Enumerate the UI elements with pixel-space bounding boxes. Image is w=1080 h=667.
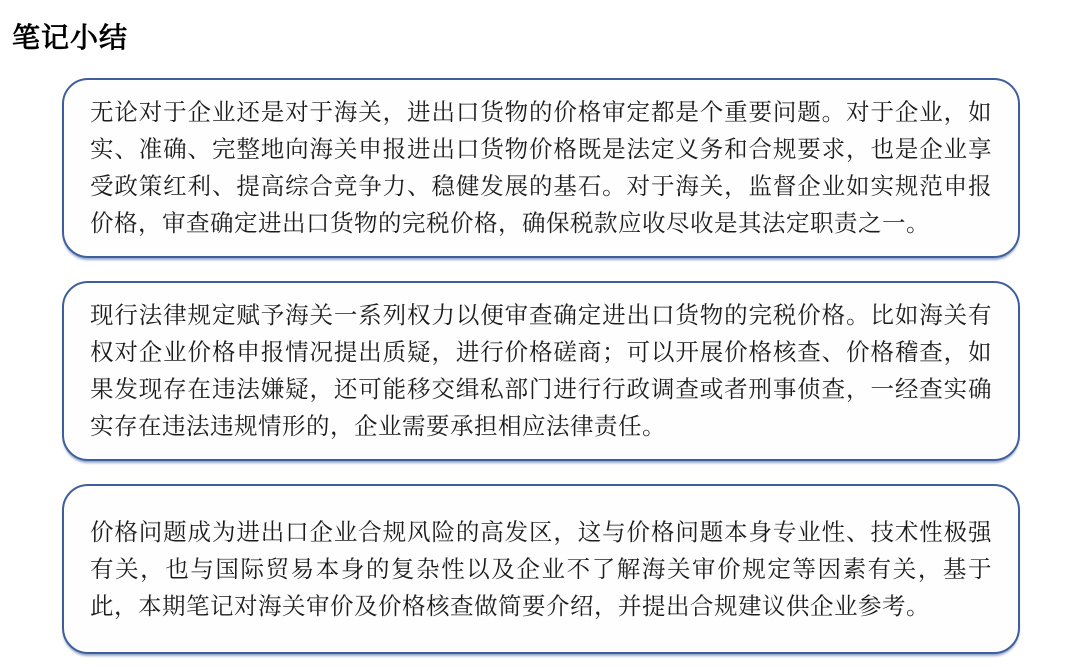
notes-summary-page: 笔记小结 无论对于企业还是对于海关，进出口货物的价格审定都是个重要问题。对于企业… (0, 0, 1080, 667)
summary-box-list: 无论对于企业还是对于海关，进出口货物的价格审定都是个重要问题。对于企业，如实、准… (62, 78, 1020, 654)
summary-box-3-text: 价格问题成为进出口企业合规风险的高发区，这与价格问题本身专业性、技术性极强有关，… (90, 514, 992, 625)
summary-box-2-text: 现行法律规定赋予海关一系列权力以便审查确定进出口货物的完税价格。比如海关有权对企… (90, 297, 992, 445)
summary-box-1-text: 无论对于企业还是对于海关，进出口货物的价格审定都是个重要问题。对于企业，如实、准… (90, 94, 992, 242)
summary-box-2: 现行法律规定赋予海关一系列权力以便审查确定进出口货物的完税价格。比如海关有权对企… (62, 281, 1020, 461)
page-title: 笔记小结 (12, 16, 128, 56)
summary-box-3: 价格问题成为进出口企业合规风险的高发区，这与价格问题本身专业性、技术性极强有关，… (62, 484, 1020, 654)
summary-box-1: 无论对于企业还是对于海关，进出口货物的价格审定都是个重要问题。对于企业，如实、准… (62, 78, 1020, 258)
